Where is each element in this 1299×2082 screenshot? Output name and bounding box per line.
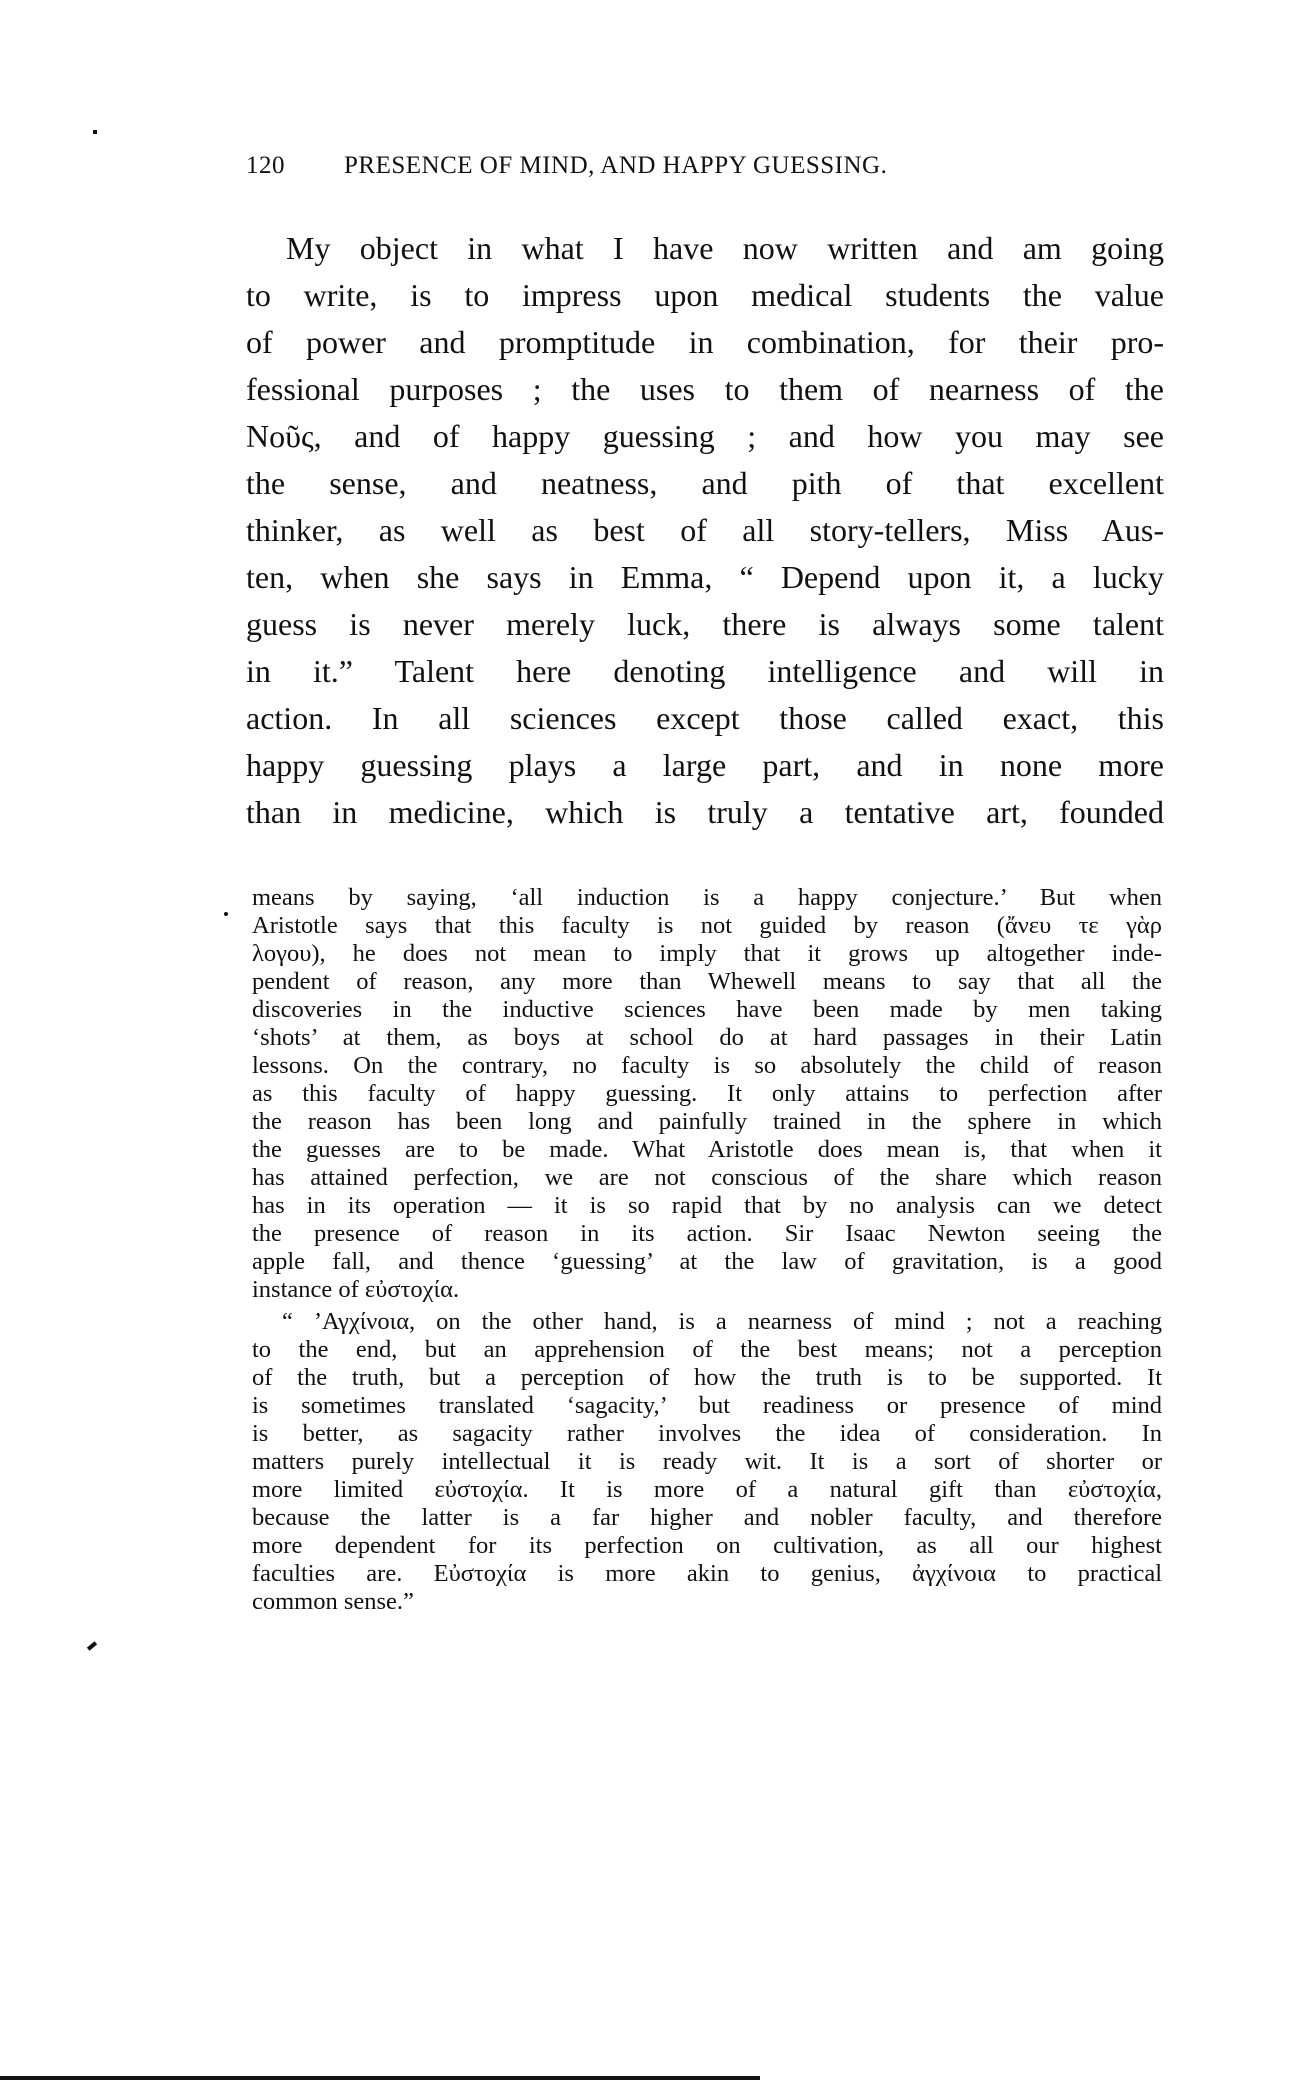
main-line: action. In all sciences except those cal…: [246, 698, 1164, 738]
footnote-line: λογου), he does not mean to imply that i…: [252, 940, 1162, 968]
footnote-line: discoveries in the inductive sciences ha…: [252, 996, 1162, 1024]
footnote-line: apple fall, and thence ‘guessing’ at the…: [252, 1248, 1162, 1276]
footnote-line: of the truth, but a perception of how th…: [252, 1364, 1162, 1392]
footnote-line: because the latter is a far higher and n…: [252, 1504, 1162, 1532]
footnote-line: means by saying, ‘all induction is a hap…: [252, 884, 1162, 912]
main-line: in it.” Talent here denoting intelligenc…: [246, 651, 1164, 691]
footnote-line: ‘shots’ at them, as boys at school do at…: [252, 1024, 1162, 1052]
scan-edge-rule: [0, 2076, 760, 2080]
main-line: than in medicine, which is truly a tenta…: [246, 792, 1164, 832]
running-title: PRESENCE OF MIND, AND HAPPY GUESSING.: [344, 152, 887, 180]
footnote-line: instance of εὐστοχία.: [252, 1276, 1162, 1304]
footnote-line: lessons. On the contrary, no faculty is …: [252, 1052, 1162, 1080]
footnote-line: pendent of reason, any more than Whewell…: [252, 968, 1162, 996]
book-page: 120 PRESENCE OF MIND, AND HAPPY GUESSING…: [0, 0, 1299, 2082]
margin-pen-mark: [87, 1641, 97, 1650]
main-line: guess is never merely luck, there is alw…: [246, 604, 1164, 644]
footnote-line: to the end, but an apprehension of the b…: [252, 1336, 1162, 1364]
margin-speck: [93, 130, 97, 134]
main-line: My object in what I have now written and…: [286, 228, 1164, 268]
footnote-line: faculties are. Εὐστοχία is more akin to …: [252, 1560, 1162, 1588]
main-line: ten, when she says in Emma, “ Depend upo…: [246, 557, 1164, 597]
main-line: the sense, and neatness, and pith of tha…: [246, 463, 1164, 503]
main-line: Νοῦς, and of happy guessing ; and how yo…: [246, 416, 1164, 456]
footnote-line: “ ’Αγχίνοια, on the other hand, is a nea…: [282, 1308, 1162, 1336]
page-number: 120: [246, 152, 285, 180]
footnote-line: as this faculty of happy guessing. It on…: [252, 1080, 1162, 1108]
footnote-line: is better, as sagacity rather involves t…: [252, 1420, 1162, 1448]
footnote-line: the presence of reason in its action. Si…: [252, 1220, 1162, 1248]
main-line: to write, is to impress upon medical stu…: [246, 275, 1164, 315]
footnote-line: Aristotle says that this faculty is not …: [252, 912, 1162, 940]
footnote-line: the reason has been long and painfully t…: [252, 1108, 1162, 1136]
footnote-line: common sense.”: [252, 1588, 1162, 1616]
footnote-line: is sometimes translated ‘sagacity,’ but …: [252, 1392, 1162, 1420]
margin-dot: [224, 912, 228, 916]
footnote-line: more limited εὐστοχία. It is more of a n…: [252, 1476, 1162, 1504]
main-line: happy guessing plays a large part, and i…: [246, 745, 1164, 785]
footnote-line: has in its operation — it is so rapid th…: [252, 1192, 1162, 1220]
footnote-line: matters purely intellectual it is ready …: [252, 1448, 1162, 1476]
main-line: fessional purposes ; the uses to them of…: [246, 369, 1164, 409]
footnote-line: more dependent for its perfection on cul…: [252, 1532, 1162, 1560]
main-line: of power and promptitude in combination,…: [246, 322, 1164, 362]
footnote-line: has attained perfection, we are not cons…: [252, 1164, 1162, 1192]
main-line: thinker, as well as best of all story-te…: [246, 510, 1164, 550]
page-header: 120 PRESENCE OF MIND, AND HAPPY GUESSING…: [246, 152, 1164, 188]
footnote-line: the guesses are to be made. What Aristot…: [252, 1136, 1162, 1164]
